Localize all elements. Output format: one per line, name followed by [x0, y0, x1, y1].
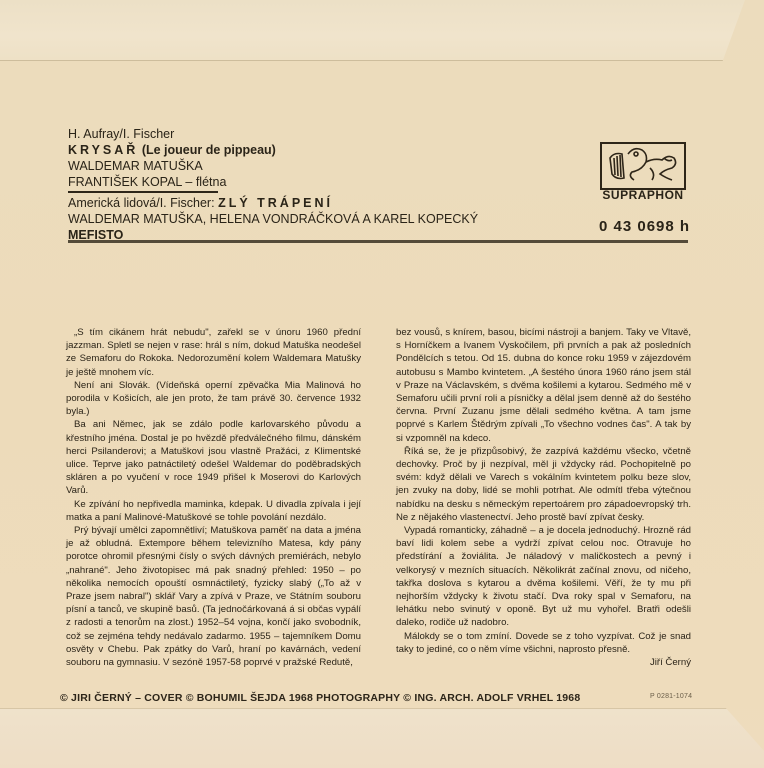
article-paragraph: Vypadá romanticky, záhadně – a je docela…	[396, 524, 691, 630]
article-paragraph: bez vousů, s knírem, basou, bicími nástr…	[396, 326, 691, 445]
article-column-right: bez vousů, s knírem, basou, bicími nástr…	[396, 326, 691, 669]
track2-title-line: Americká lidová/I. Fischer: ZLÝ TRÁPENÍ	[68, 195, 688, 211]
article-column-left: „S tím cikánem hrát nebudu", zařekl se v…	[66, 326, 361, 669]
catalog-number: 0 43 0698 h	[599, 218, 690, 235]
track1-title-line: KRYSAŘ (Le joueur de pippeau)	[68, 142, 688, 158]
supraphon-logo	[600, 142, 686, 190]
bottom-flap	[0, 708, 764, 768]
record-sleeve-back: H. Aufray/I. Fischer KRYSAŘ (Le joueur d…	[0, 0, 764, 768]
article-paragraph: Prý bývají umělci zapomnětliví; Matuškov…	[66, 524, 361, 669]
track2-composer: Americká lidová/I. Fischer:	[68, 196, 215, 210]
track1-title: KRYSAŘ	[68, 143, 138, 157]
track1-composer: H. Aufray/I. Fischer	[68, 126, 688, 142]
article-paragraph: „S tím cikánem hrát nebudu", zařekl se v…	[66, 326, 361, 379]
header-divider	[68, 240, 688, 243]
article-paragraph: Není ani Slovák. (Vídeňská operní zpěvač…	[66, 379, 361, 419]
article-paragraph: Málokdy se o tom zmíní. Dovede se z toho…	[396, 630, 691, 656]
author-signature: Jiří Černý	[396, 656, 691, 669]
track1-subtitle: (Le joueur de pippeau)	[142, 143, 276, 157]
article-paragraph: Ke zpívání ho nepřivedla maminka, kdepak…	[66, 498, 361, 524]
track1-musician: FRANTIŠEK KOPAL – flétna	[68, 174, 688, 190]
top-flap	[0, 0, 745, 61]
brand-name: SUPRAPHON	[600, 188, 686, 202]
track-divider	[68, 191, 218, 193]
track-listing: H. Aufray/I. Fischer KRYSAŘ (Le joueur d…	[68, 126, 688, 243]
track1-artist: WALDEMAR MATUŠKA	[68, 158, 688, 174]
article-paragraph: Říká se, že je přizpůsobivý, že zazpívá …	[396, 445, 691, 524]
article-paragraph: Ba ani Němec, jak se zdálo podle karlova…	[66, 418, 361, 497]
credits-text: © JIRI ČERNÝ – COVER © BOHUMIL ŠEJDA 196…	[60, 692, 580, 704]
track2-artists: WALDEMAR MATUŠKA, HELENA VONDRÁČKOVÁ A K…	[68, 211, 688, 227]
print-code: P 0281-1074	[650, 693, 692, 700]
track2-title: ZLÝ TRÁPENÍ	[218, 196, 333, 210]
lion-with-lyre-icon	[602, 144, 684, 188]
credits-line: © JIRI ČERNÝ – COVER © BOHUMIL ŠEJDA 196…	[60, 692, 580, 704]
